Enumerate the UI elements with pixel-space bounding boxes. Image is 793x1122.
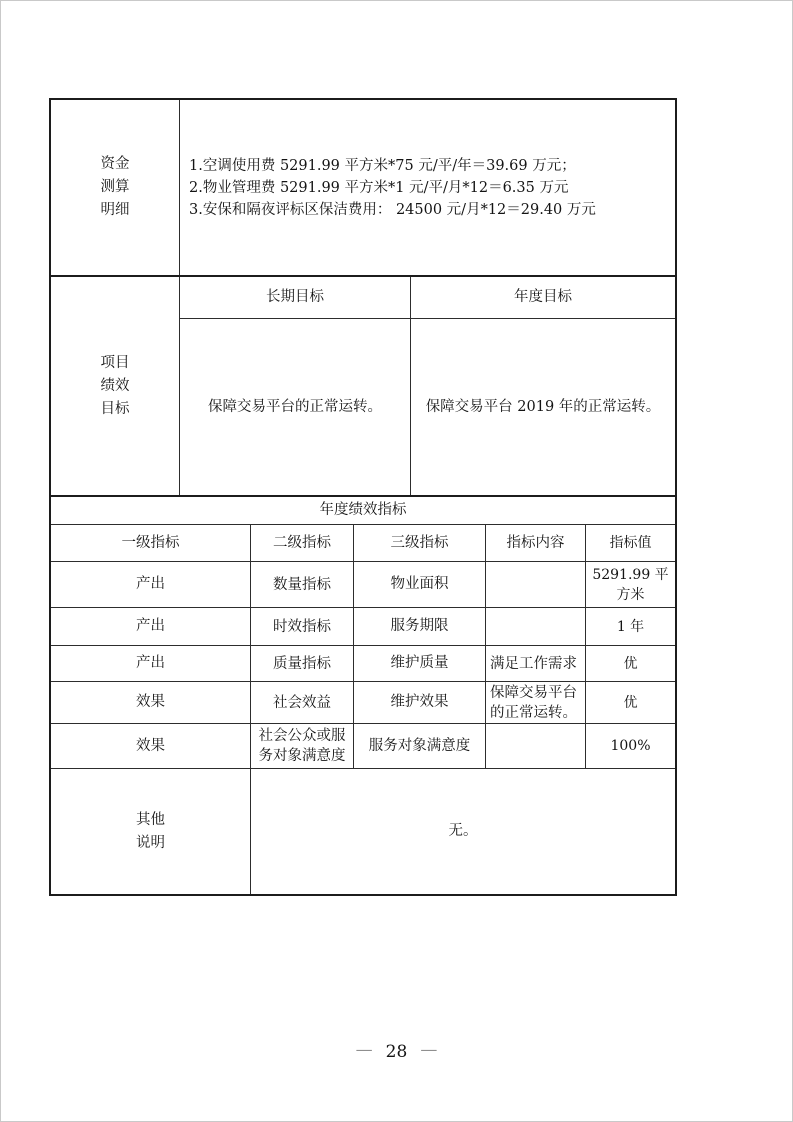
goal-content-row: 保障交易平台的正常运转。 保障交易平台 2019 年的正常运转。 — [180, 319, 675, 495]
indicator-row: 效果 社会效益 维护效果 保障交易平台的正常运转。 优 — [51, 682, 675, 724]
other-notes-row: 其他 说明 无。 — [51, 769, 675, 894]
funding-detail-line-1: 1.空调使用费 5291.99 平方米*75 元/平/年＝39.69 万元； — [189, 155, 576, 177]
funding-detail-label: 资金 测算 明细 — [51, 100, 180, 275]
funding-detail-line-2: 2.物业管理费 5291.99 平方米*1 元/平/月*12＝6.35 万元 — [189, 177, 568, 199]
other-notes-content: 无。 — [251, 769, 675, 894]
indicator-level1: 产出 — [51, 608, 251, 645]
goal-header-row: 长期目标 年度目标 — [180, 277, 675, 319]
indicator-header-row: 一级指标 二级指标 三级指标 指标内容 指标值 — [51, 525, 675, 562]
funding-detail-content: 1.空调使用费 5291.99 平方米*75 元/平/年＝39.69 万元； 2… — [180, 100, 675, 275]
header-level1: 一级指标 — [51, 525, 251, 561]
page-number: 28 — [386, 1042, 408, 1062]
annual-goal-header: 年度目标 — [411, 277, 675, 318]
funding-label-line: 明细 — [101, 199, 130, 222]
indicator-level3: 服务对象满意度 — [354, 724, 486, 768]
funding-detail-row: 资金 测算 明细 1.空调使用费 5291.99 平方米*75 元/平/年＝39… — [51, 100, 675, 277]
indicator-level3: 服务期限 — [354, 608, 486, 645]
indicator-level3: 维护质量 — [354, 646, 486, 681]
other-notes-label-line: 其他 — [136, 809, 165, 832]
indicator-level2: 数量指标 — [251, 562, 354, 607]
indicator-level1: 产出 — [51, 646, 251, 681]
footer-dash-left: — — [343, 1040, 386, 1060]
indicator-row: 产出 质量指标 维护质量 满足工作需求 优 — [51, 646, 675, 682]
indicator-level2: 质量指标 — [251, 646, 354, 681]
indicator-level1: 产出 — [51, 562, 251, 607]
long-term-goal-text: 保障交易平台的正常运转。 — [180, 319, 411, 495]
indicator-level3: 物业面积 — [354, 562, 486, 607]
indicator-value: 100% — [586, 724, 675, 768]
header-level2: 二级指标 — [251, 525, 354, 561]
other-notes-label-line: 说明 — [136, 832, 165, 855]
indicator-level3: 维护效果 — [354, 682, 486, 723]
indicator-content — [486, 608, 586, 645]
performance-table: 资金 测算 明细 1.空调使用费 5291.99 平方米*75 元/平/年＝39… — [49, 98, 677, 896]
annual-indicators-title: 年度绩效指标 — [51, 497, 675, 524]
funding-detail-line-3: 3.安保和隔夜评标区保洁费用： 24500 元/月*12＝29.40 万元 — [189, 199, 596, 221]
funding-label-line: 测算 — [101, 176, 130, 199]
header-level3: 三级指标 — [354, 525, 486, 561]
indicator-content — [486, 724, 586, 768]
long-term-goal-header: 长期目标 — [180, 277, 411, 318]
goal-label-line: 项目 — [101, 352, 130, 375]
indicator-value: 优 — [586, 682, 675, 723]
indicator-content: 保障交易平台的正常运转。 — [486, 682, 586, 723]
indicator-value: 5291.99 平方米 — [586, 562, 675, 607]
indicator-level2: 时效指标 — [251, 608, 354, 645]
indicator-row: 产出 时效指标 服务期限 1 年 — [51, 608, 675, 646]
indicator-level1: 效果 — [51, 682, 251, 723]
indicator-level2: 社会效益 — [251, 682, 354, 723]
page-footer: —28— — [1, 1042, 792, 1062]
annual-indicators-title-row: 年度绩效指标 — [51, 497, 675, 525]
performance-goal-label: 项目 绩效 目标 — [51, 277, 180, 495]
other-notes-label: 其他 说明 — [51, 769, 251, 894]
annual-goal-text: 保障交易平台 2019 年的正常运转。 — [411, 319, 675, 495]
performance-goal-grid: 长期目标 年度目标 保障交易平台的正常运转。 保障交易平台 2019 年的正常运… — [180, 277, 675, 495]
indicator-row: 效果 社会公众或服务对象满意度 服务对象满意度 100% — [51, 724, 675, 769]
goal-label-line: 目标 — [101, 398, 130, 421]
header-value: 指标值 — [586, 525, 675, 561]
indicator-content — [486, 562, 586, 607]
indicator-value: 1 年 — [586, 608, 675, 645]
performance-goal-row: 项目 绩效 目标 长期目标 年度目标 保障交易平台的正常运转。 保障交易平台 2… — [51, 277, 675, 497]
indicator-value: 优 — [586, 646, 675, 681]
indicator-level1: 效果 — [51, 724, 251, 768]
indicator-row: 产出 数量指标 物业面积 5291.99 平方米 — [51, 562, 675, 608]
footer-dash-right: — — [407, 1040, 450, 1060]
funding-label-line: 资金 — [101, 153, 130, 176]
indicator-content: 满足工作需求 — [486, 646, 586, 681]
document-page: 资金 测算 明细 1.空调使用费 5291.99 平方米*75 元/平/年＝39… — [0, 0, 793, 1122]
goal-label-line: 绩效 — [101, 375, 130, 398]
header-content: 指标内容 — [486, 525, 586, 561]
indicator-level2: 社会公众或服务对象满意度 — [251, 724, 354, 768]
